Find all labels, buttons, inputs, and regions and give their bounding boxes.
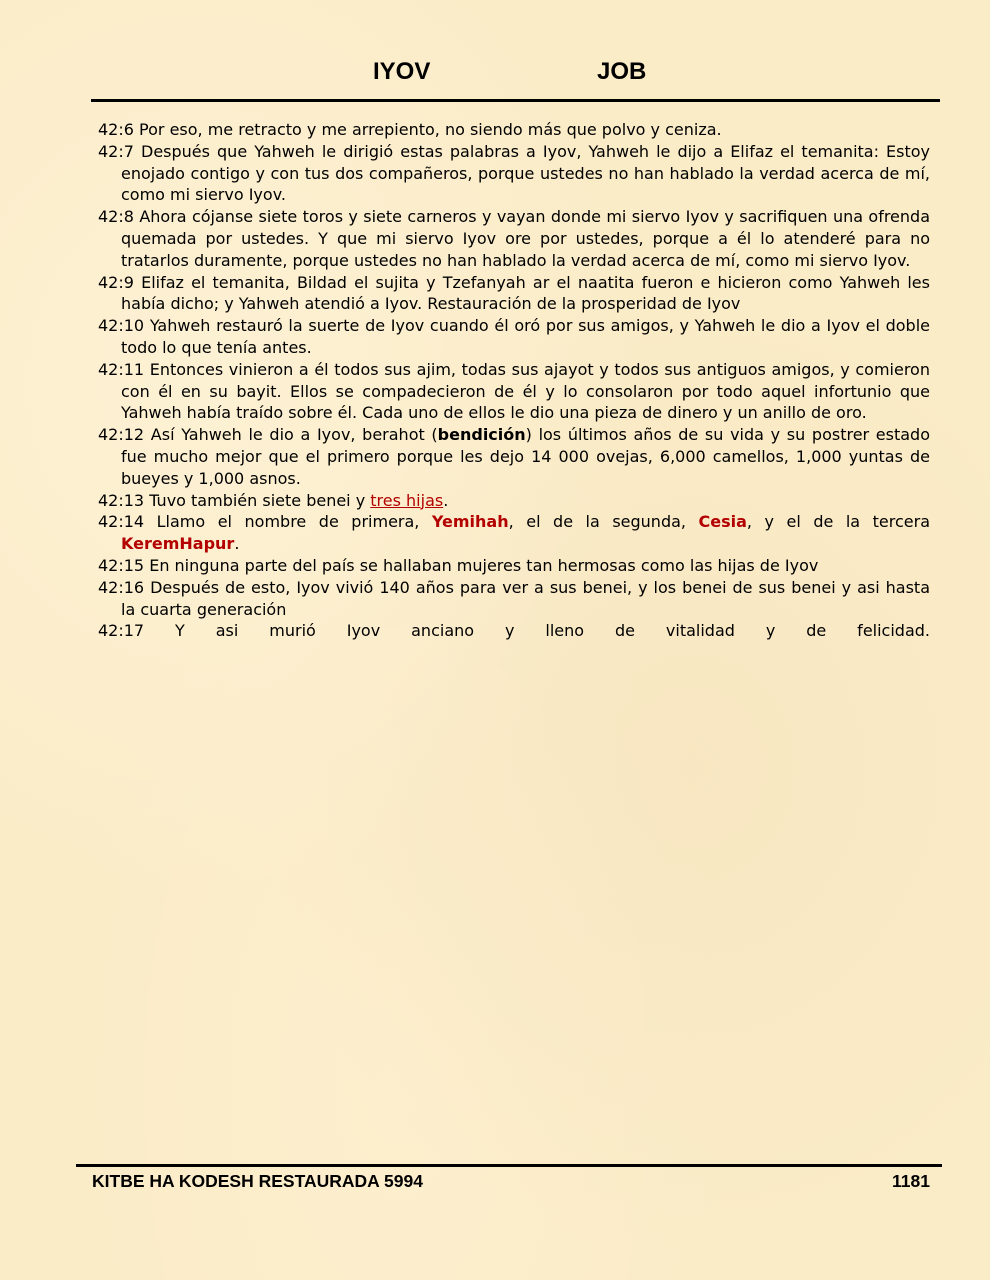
verse-text: Después que Yahweh le dirigió estas pala… — [121, 142, 930, 205]
verse-42-12: 42:12 Así Yahweh le dio a Iyov, berahot … — [98, 424, 930, 489]
verse-ref: 42:10 — [98, 316, 144, 335]
name-keremhapur: KeremHapur — [121, 534, 234, 553]
footer-divider — [76, 1164, 942, 1167]
verse-ref: 42:12 — [98, 425, 144, 444]
verse-42-7: 42:7 Después que Yahweh le dirigió estas… — [98, 141, 930, 206]
verse-text: Así Yahweh le dio a Iyov, berahot ( — [151, 425, 438, 444]
verse-text: Y asi murió Iyov anciano y lleno de vita… — [175, 621, 930, 640]
page-header: IYOV JOB — [0, 58, 990, 90]
verse-text: Yahweh restauró la suerte de Iyov cuando… — [121, 316, 930, 357]
verse-list: 42:6 Por eso, me retracto y me arrepient… — [98, 119, 930, 642]
verse-42-6: 42:6 Por eso, me retracto y me arrepient… — [98, 119, 930, 141]
verse-42-17: 42:17 Y asi murió Iyov anciano y lleno d… — [98, 620, 930, 642]
verse-text: , y el de la tercera — [747, 512, 930, 531]
verse-text: Ahora cójanse siete toros y siete carner… — [121, 207, 930, 270]
verse-ref: 42:15 — [98, 556, 144, 575]
book-title-hebrew: IYOV — [373, 58, 430, 86]
tres-hijas-link[interactable]: tres hijas — [370, 491, 443, 510]
verse-text: . — [234, 534, 239, 553]
verse-text: , el de la segunda, — [509, 512, 699, 531]
verse-text: Tuvo también siete benei y — [149, 491, 370, 510]
verse-ref: 42:9 — [98, 273, 134, 292]
book-title-english: JOB — [597, 58, 646, 86]
verse-42-16: 42:16 Después de esto, Iyov vivió 140 añ… — [98, 577, 930, 621]
verse-ref: 42:14 — [98, 512, 144, 531]
verse-42-14: 42:14 Llamo el nombre de primera, Yemiha… — [98, 511, 930, 555]
verse-ref: 42:7 — [98, 142, 134, 161]
verse-text: Elifaz el temanita, Bildad el sujita y T… — [121, 273, 930, 314]
verse-text: Después de esto, Iyov vivió 140 años par… — [121, 578, 930, 619]
verse-ref: 42:6 — [98, 120, 134, 139]
verse-text: Entonces vinieron a él todos sus ajim, t… — [121, 360, 930, 423]
verse-42-11: 42:11 Entonces vinieron a él todos sus a… — [98, 359, 930, 424]
name-cesia: Cesia — [699, 512, 747, 531]
page-number: 1181 — [892, 1171, 930, 1192]
verse-42-8: 42:8 Ahora cójanse siete toros y siete c… — [98, 206, 930, 271]
verse-text: En ninguna parte del país se hallaban mu… — [149, 556, 818, 575]
verse-42-13: 42:13 Tuvo también siete benei y tres hi… — [98, 490, 930, 512]
verse-ref: 42:17 — [98, 621, 144, 640]
verse-ref: 42:16 — [98, 578, 144, 597]
verse-text: Llamo el nombre de primera, — [157, 512, 432, 531]
footer-title: KITBE HA KODESH RESTAURADA 5994 — [92, 1171, 423, 1192]
verse-42-9: 42:9 Elifaz el temanita, Bildad el sujit… — [98, 272, 930, 316]
verse-text: . — [443, 491, 448, 510]
header-divider — [91, 99, 940, 102]
verse-ref: 42:11 — [98, 360, 144, 379]
name-yemihah: Yemihah — [432, 512, 509, 531]
bold-term: bendición — [438, 425, 526, 444]
verse-ref: 42:13 — [98, 491, 144, 510]
verse-42-15: 42:15 En ninguna parte del país se halla… — [98, 555, 930, 577]
verse-text: Por eso, me retracto y me arrepiento, no… — [139, 120, 722, 139]
verse-42-10: 42:10 Yahweh restauró la suerte de Iyov … — [98, 315, 930, 359]
verse-ref: 42:8 — [98, 207, 134, 226]
